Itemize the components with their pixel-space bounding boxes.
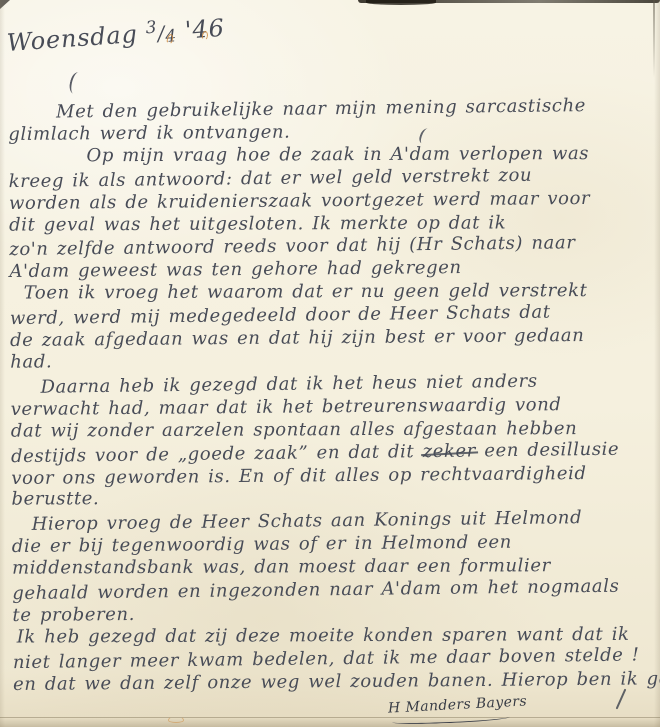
pen-stray-stroke (616, 689, 627, 710)
struck-through-word: zeker (423, 440, 477, 462)
pen-flourish-below-date (68, 71, 85, 95)
date-fraction: 3/4 (145, 16, 178, 48)
diary-page-paper: Woensdag 3/4 '46 Met den gebruikelijke n… (0, 0, 660, 727)
date-header: Woensdag 3/4 '46 (6, 13, 226, 58)
page-left-edge-shade (0, 0, 5, 727)
page-top-edge-blob (366, 0, 436, 5)
date-weekday: Woensdag (6, 20, 139, 57)
ink-bleed-mark (168, 716, 184, 723)
manuscript-lines: Met den gebruikelijke naar mijn mening s… (8, 95, 660, 696)
page-bottom-edge-shade (0, 717, 660, 727)
